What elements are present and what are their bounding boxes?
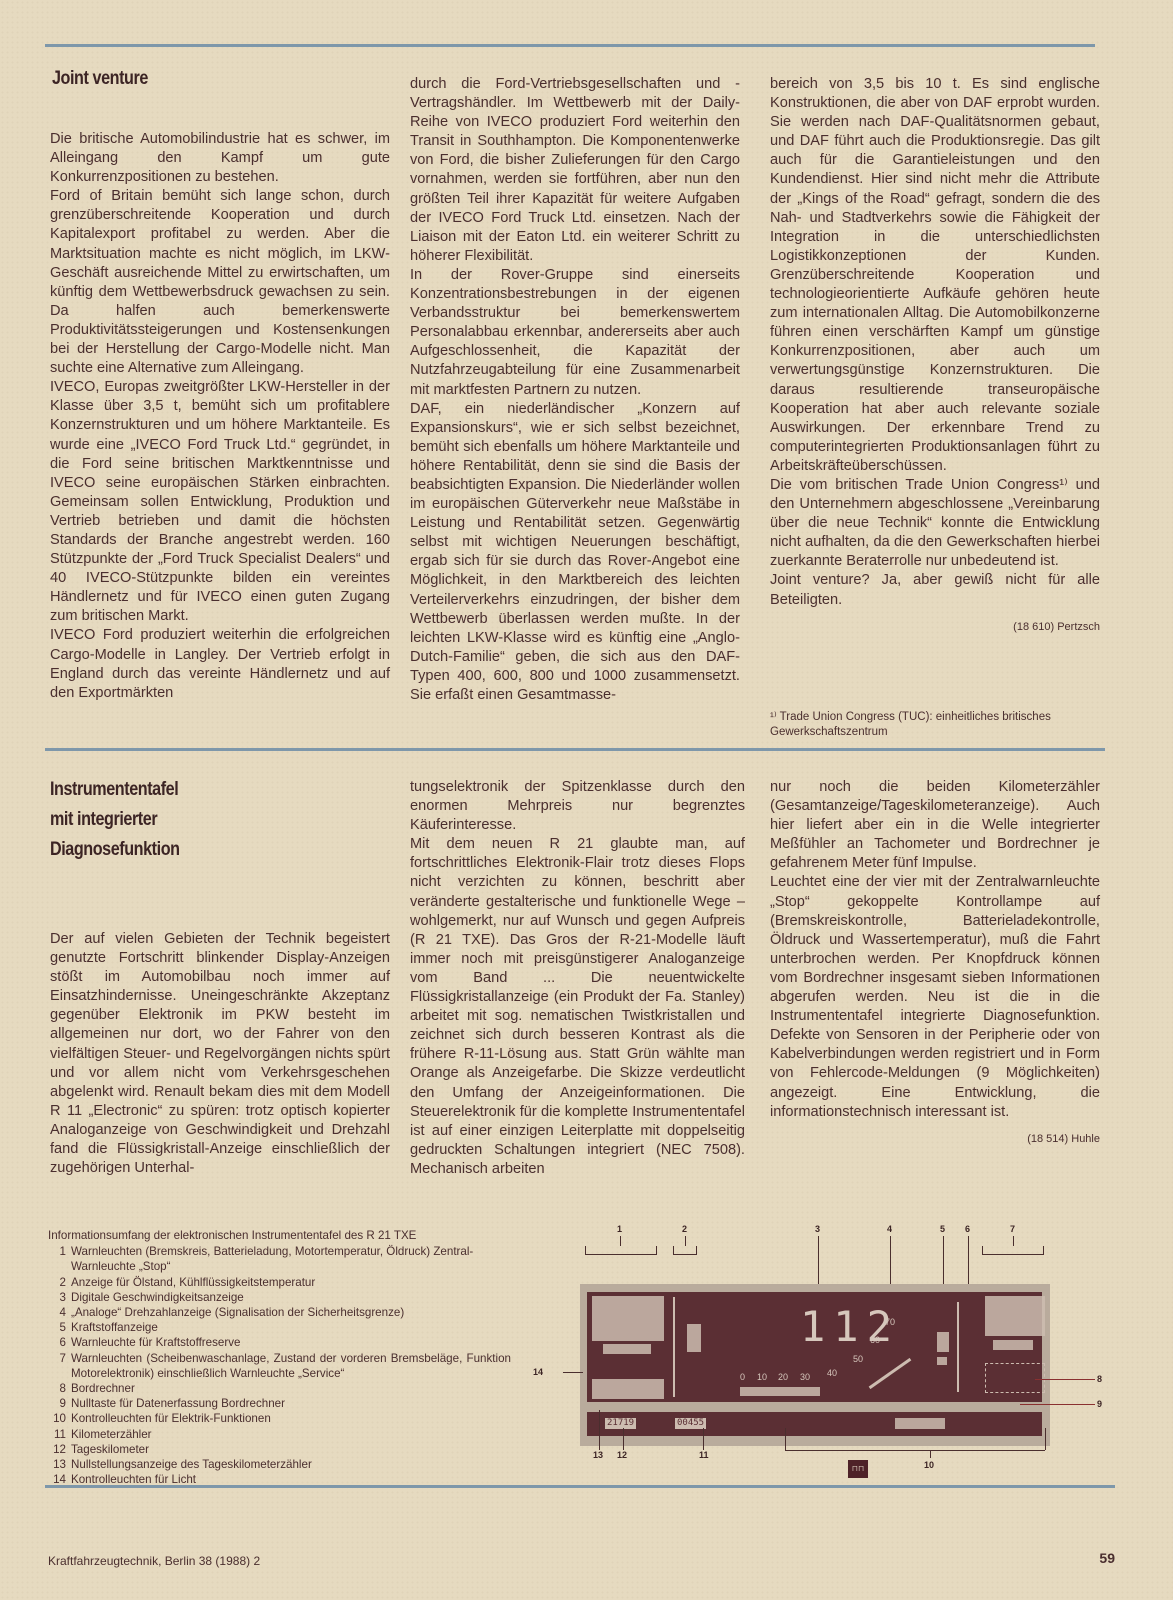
callout-3: 3	[815, 1224, 820, 1234]
legend-item: 2Anzeige für Ölstand, Kühlflüssigkeitste…	[48, 1275, 511, 1290]
callout-8: 8	[1097, 1374, 1102, 1384]
article-1-signature: (18 610) Pertzsch	[770, 618, 1100, 637]
paragraph: Die vom britischen Trade Union Congress¹…	[770, 476, 1100, 571]
callout-2: 2	[682, 1224, 687, 1234]
title-line: Instrumententafel	[50, 775, 180, 805]
article-1-column-3: bereich von 3,5 bis 10 t. Es sind englis…	[770, 75, 1100, 637]
legend-item: 14Kontrolleuchten für Licht	[48, 1472, 511, 1487]
rpm-bar	[740, 1387, 820, 1396]
callout-14: 14	[533, 1367, 543, 1377]
legend-item: 12Tageskilometer	[48, 1442, 511, 1457]
callout-13: 13	[593, 1450, 603, 1460]
paragraph: bereich von 3,5 bis 10 t. Es sind englis…	[770, 75, 1100, 476]
article-2-column-1: Der auf vielen Gebieten der Technik bege…	[50, 930, 390, 1178]
legend-item: 8Bordrechner	[48, 1381, 511, 1396]
legend-item: 9Nulltaste für Datenerfassung Bordrechne…	[48, 1396, 511, 1411]
legend-title: Informationsumfang der elektronischen In…	[48, 1228, 511, 1243]
paragraph: Die britische Automobilindustrie hat es …	[50, 130, 390, 187]
callout-4: 4	[887, 1224, 892, 1234]
reset-button-icon: ⊓⊓	[848, 1460, 868, 1478]
instrument-panel-diagram: 1 2 3 4 5 6 7 112 0 10 20 30 40 50 60 70…	[565, 1232, 1110, 1487]
paragraph: durch die Ford-Vertriebsgesellschaften u…	[410, 75, 740, 266]
title-line: mit integrierter	[50, 805, 180, 835]
legend-item: 6Warnleuchte für Kraftstoffreserve	[48, 1335, 511, 1350]
section-divider	[45, 748, 1105, 751]
callout-5: 5	[940, 1224, 945, 1234]
warning-lights-7	[985, 1296, 1045, 1336]
article-1-title: Joint venture	[52, 64, 148, 94]
article-2-signature: (18 514) Huhle	[770, 1130, 1100, 1149]
legend-item: 3Digitale Geschwindigkeitsanzeige	[48, 1290, 511, 1305]
callout-10: 10	[924, 1460, 934, 1470]
callout-9: 9	[1097, 1399, 1102, 1409]
electric-function-lights	[895, 1418, 945, 1429]
callout-11: 11	[699, 1450, 709, 1460]
warning-lights-1	[592, 1296, 664, 1341]
paragraph: Leuchtet eine der vier mit der Zentralwa…	[770, 873, 1100, 1121]
legend-item: 10Kontrolleuchten für Elektrik-Funktione…	[48, 1411, 511, 1426]
legend-item: 11Kilometerzähler	[48, 1427, 511, 1442]
legend-item: 4„Analoge“ Drehzahlanzeige (Signalisatio…	[48, 1305, 511, 1320]
paragraph: Joint venture? Ja, aber gewiß nicht für …	[770, 571, 1100, 609]
paragraph: nur noch die beiden Kilometerzähler (Ges…	[770, 778, 1100, 873]
callout-6: 6	[965, 1224, 970, 1234]
figure-legend: Informationsumfang der elektronischen In…	[48, 1228, 511, 1487]
callout-12: 12	[617, 1450, 627, 1460]
article-2-title: Instrumententafel mit integrierter Diagn…	[50, 775, 180, 865]
page-number: 59	[1099, 1550, 1115, 1566]
paragraph: IVECO Ford produziert weiterhin die erfo…	[50, 626, 390, 702]
paragraph: DAF, ein niederländischer „Konzern auf E…	[410, 400, 740, 706]
legend-item: 7Warnleuchten (Scheibenwaschanlage, Zust…	[48, 1351, 511, 1381]
article-1-column-2: durch die Ford-Vertriebsgesellschaften u…	[410, 75, 740, 705]
legend-item: 1Warnleuchten (Bremskreis, Batterieladun…	[48, 1244, 511, 1274]
journal-citation: Kraftfahrzeugtechnik, Berlin 38 (1988) 2	[48, 1554, 260, 1568]
fuel-gauge	[937, 1332, 949, 1352]
paragraph: tungselektronik der Spitzenklasse durch …	[410, 778, 745, 835]
board-computer	[985, 1363, 1045, 1393]
odometer: 00455	[675, 1418, 706, 1429]
paragraph: IVECO, Europas zweitgrößter LKW-Herstell…	[50, 378, 390, 626]
oil-level-gauge	[687, 1324, 701, 1352]
callout-1: 1	[617, 1224, 622, 1234]
legend-item: 5Kraftstoffanzeige	[48, 1320, 511, 1335]
light-indicators	[592, 1379, 664, 1399]
trip-counter: 21719	[605, 1418, 636, 1429]
bottom-strip	[587, 1412, 1042, 1436]
article-1-footnote: ¹⁾ Trade Union Congress (TUC): einheitli…	[770, 710, 1100, 740]
article-2-column-2: tungselektronik der Spitzenklasse durch …	[410, 778, 745, 1179]
article-1-column-1: Die britische Automobilindustrie hat es …	[50, 130, 390, 703]
paragraph: Mit dem neuen R 21 glaubte man, auf fort…	[410, 835, 745, 1179]
paragraph: Ford of Britain bemüht sich lange schon,…	[50, 187, 390, 378]
paragraph: In der Rover-Gruppe sind einerseits Konz…	[410, 266, 740, 400]
title-line: Diagnosefunktion	[50, 835, 180, 865]
paragraph: Der auf vielen Gebieten der Technik bege…	[50, 930, 390, 1178]
top-rule	[45, 44, 1095, 47]
fuel-reserve-light	[937, 1357, 947, 1365]
legend-item: 13Nullstellungsanzeige des Tageskilomete…	[48, 1457, 511, 1472]
callout-7: 7	[1010, 1224, 1015, 1234]
article-2-column-3: nur noch die beiden Kilometerzähler (Ges…	[770, 778, 1100, 1149]
